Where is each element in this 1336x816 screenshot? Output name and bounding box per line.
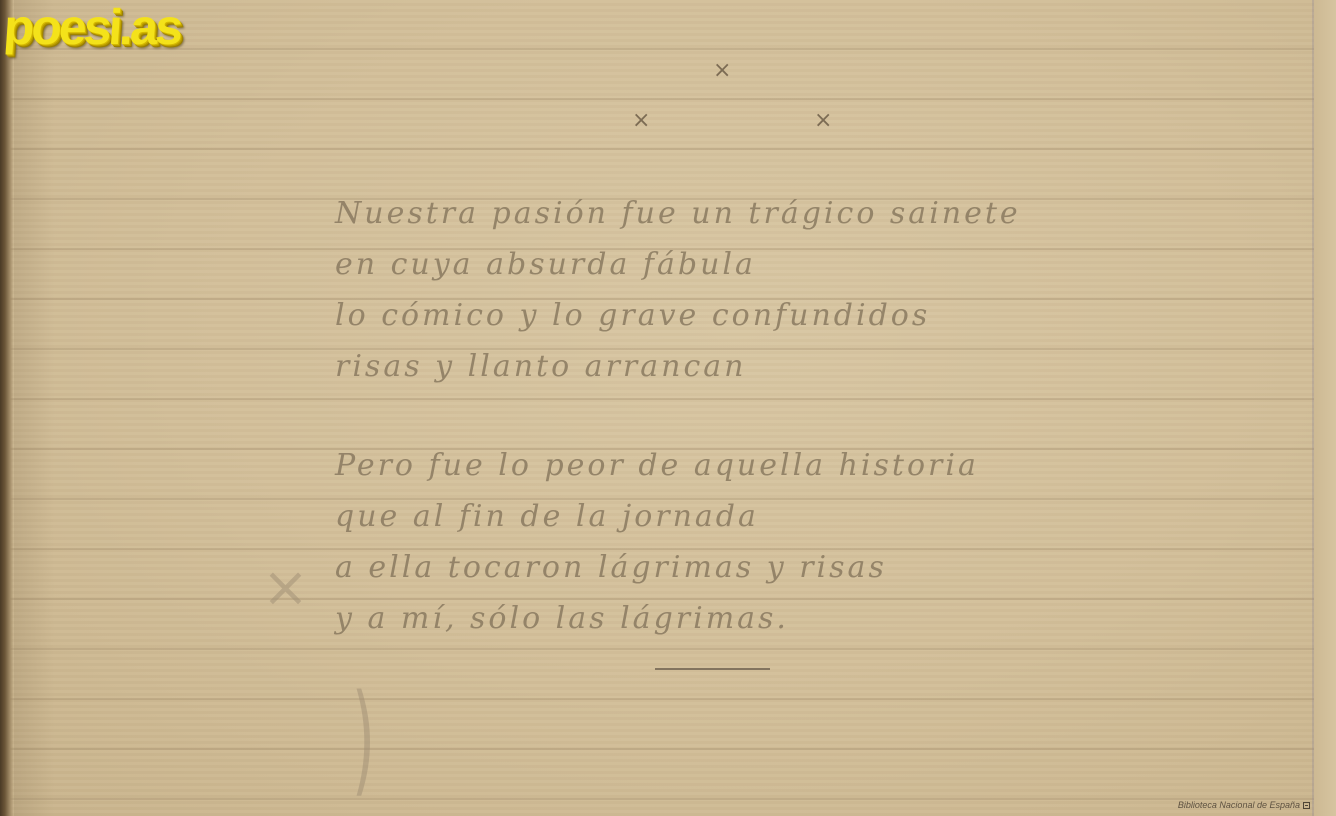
library-credit: Biblioteca Nacional de España: [1178, 800, 1310, 810]
binding-shadow: [14, 0, 54, 816]
pencil-curve-mark: ): [352, 680, 375, 800]
manuscript-page: poesi.as × × × Nuestra pasión fue un trá…: [0, 0, 1336, 816]
end-of-poem-rule: [655, 668, 770, 670]
verse-line: y a mí, sólo las lágrimas.: [335, 593, 1155, 644]
verse-line: a ella tocaron lágrimas y risas: [335, 542, 1155, 593]
stanza-1: Nuestra pasión fue un trágico sainete en…: [335, 188, 1155, 392]
cross-ornament-icon: ×: [814, 110, 832, 132]
book-binding-edge: [0, 0, 14, 816]
verse-line: risas y llanto arrancan: [335, 341, 1155, 392]
cross-ornament-icon: ×: [713, 60, 731, 82]
page-edge-strip: [1314, 0, 1336, 816]
cross-ornament-icon: ×: [632, 110, 650, 132]
library-logo-icon: [1303, 802, 1310, 809]
verse-line: en cuya absurda fábula: [335, 239, 1155, 290]
verse-line: Nuestra pasión fue un trágico sainete: [335, 188, 1155, 239]
verse-line: Pero fue lo peor de aquella historia: [335, 440, 1155, 491]
library-credit-text: Biblioteca Nacional de España: [1178, 800, 1300, 810]
verse-line: lo cómico y lo grave confundidos: [335, 290, 1155, 341]
verse-line: que al fin de la jornada: [335, 491, 1155, 542]
poesias-logo[interactable]: poesi.as: [2, 2, 182, 52]
pencil-x-mark-icon: ×: [262, 560, 309, 616]
poem-text: Nuestra pasión fue un trágico sainete en…: [335, 188, 1155, 644]
stanza-2: Pero fue lo peor de aquella historia que…: [335, 440, 1155, 644]
